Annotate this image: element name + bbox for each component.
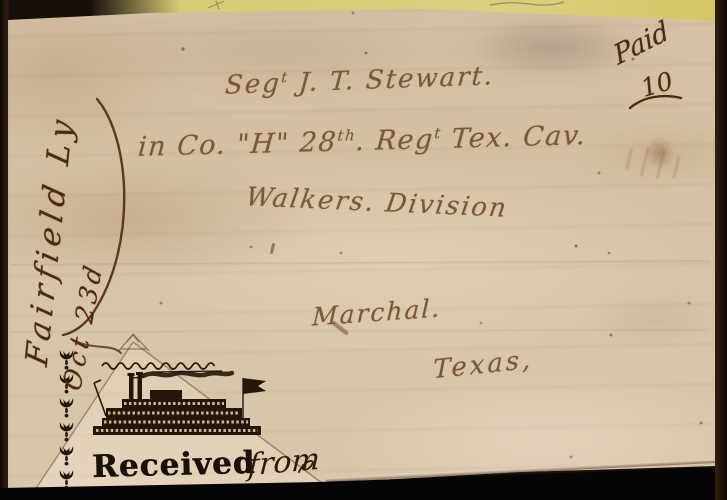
paid-underline — [626, 88, 686, 112]
docket-flourish — [55, 95, 175, 365]
photographed-envelope: Received from Paid 10 Segt J. T. Stewart… — [0, 0, 727, 500]
photo-right-edge — [715, 0, 727, 500]
shipper-name-swash — [296, 455, 320, 477]
tulip-fleuron-icon — [58, 445, 75, 466]
steamboat-icon — [92, 370, 270, 440]
received-label: Received — [92, 445, 256, 485]
tulip-fleuron-icon — [58, 421, 75, 442]
paper-speckles — [0, 0, 2, 2]
